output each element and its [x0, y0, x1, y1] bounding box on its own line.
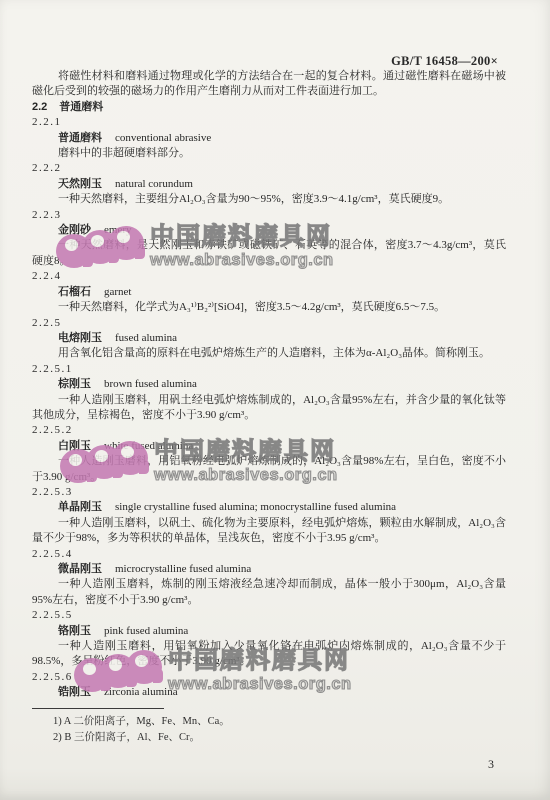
term-line: 锆刚玉zirconia alumina — [32, 685, 506, 700]
clause-number: 2.2.5.2 — [32, 423, 506, 438]
clause-number: 2.2.2 — [32, 161, 506, 176]
definition: 一种人造刚玉磨料，用铝氧粉加入少量氧化铬在电弧炉内熔炼制成的，Al₂O₃含量不少… — [32, 639, 506, 670]
term-line: 单晶刚玉single crystalline fused alumina; mo… — [32, 500, 506, 515]
term-english: natural corundum — [115, 178, 193, 190]
clause-number: 2.2.5.3 — [32, 485, 506, 500]
intro-paragraph: 将磁性材料和磨料通过物理或化学的方法结合在一起的复合材料。通过磁性磨料在磁场中被… — [32, 69, 506, 100]
definition: 磨料中的非超硬磨料部分。 — [32, 146, 506, 161]
term-english: microcrystalline fused alumina — [115, 563, 251, 575]
term-chinese: 棕刚玉 — [58, 378, 91, 390]
term-chinese: 铬刚玉 — [58, 625, 91, 637]
footnotes-block: 1) A 二价阳离子，Mg、Fe、Mn、Ca。 2) B 三价阳离子，Al、Fe… — [32, 708, 506, 747]
term-chinese: 普通磨料 — [58, 132, 102, 144]
clause-2-2-5-5: 2.2.5.5 铬刚玉pink fused alumina 一种人造刚玉磨料，用… — [32, 608, 506, 670]
definition: 用含氧化铝含量高的原料在电弧炉熔炼生产的人造磨料，主体为α-Al₂O₃晶体。简称… — [32, 346, 506, 361]
term-chinese: 单晶刚玉 — [58, 501, 102, 513]
clause-2-2-3: 2.2.3 金刚砂emery 一种天然磨料，是天然刚玉和赤铁矿或磁铁矿、石英等的… — [32, 208, 506, 270]
term-line: 石榴石garnet — [32, 285, 506, 300]
clause-2-2-5-1: 2.2.5.1 棕刚玉brown fused alumina 一种人造刚玉磨料，… — [32, 362, 506, 424]
term-english: pink fused alumina — [104, 625, 188, 637]
clause-number: 2.2.5.4 — [32, 547, 506, 562]
term-english: emery — [104, 224, 131, 236]
term-chinese: 锆刚玉 — [58, 686, 91, 698]
term-english: brown fused alumina — [104, 378, 197, 390]
term-line: 电熔刚玉fused alumina — [32, 331, 506, 346]
definition: 一种天然磨料，主要组分Al₂O₃含量为90～95%，密度3.9～4.1g/cm³… — [32, 192, 506, 207]
clause-2-2-5-4: 2.2.5.4 微晶刚玉microcrystalline fused alumi… — [32, 547, 506, 609]
term-english: fused alumina — [115, 332, 177, 344]
clause-2-2-4: 2.2.4 石榴石garnet 一种天然磨料，化学式为A₃¹⁾B₂²⁾[SiO4… — [32, 269, 506, 315]
footnote-separator — [32, 708, 164, 709]
term-line: 铬刚玉pink fused alumina — [32, 624, 506, 639]
definition: 一种天然磨料，是天然刚玉和赤铁矿或磁铁矿、石英等的混合体，密度3.7～4.3g/… — [32, 238, 506, 269]
term-english: conventional abrasive — [115, 132, 211, 144]
clause-2-2-1: 2.2.1 普通磨料conventional abrasive 磨料中的非超硬磨… — [32, 115, 506, 161]
footnote-2: 2) B 三价阳离子，Al、Fe、Cr。 — [32, 730, 506, 747]
definition: 一种人造刚玉磨料，以矾土、硫化物为主要原料，经电弧炉熔炼，颗粒由水解制成，Al₂… — [32, 516, 506, 547]
definition: 一种人造刚玉磨料，炼制的刚玉熔液经急速冷却而制成，晶体一般小于300μm，Al₂… — [32, 577, 506, 608]
document-body: 将磁性材料和磨料通过物理或化学的方法结合在一起的复合材料。通过磁性磨料在磁场中被… — [32, 69, 506, 747]
term-line: 金刚砂emery — [32, 223, 506, 238]
definition: 一种天然磨料，化学式为A₃¹⁾B₂²⁾[SiO4]，密度3.5～4.2g/cm³… — [32, 300, 506, 315]
term-chinese: 天然刚玉 — [58, 178, 102, 190]
clause-number: 2.2.5.5 — [32, 608, 506, 623]
clause-2-2-2: 2.2.2 天然刚玉natural corundum 一种天然磨料，主要组分Al… — [32, 161, 506, 207]
section-number: 2.2 — [32, 101, 47, 113]
term-line: 天然刚玉natural corundum — [32, 177, 506, 192]
section-heading: 2.2普通磨料 — [32, 100, 506, 115]
standard-number: GB/T 16458—200× — [0, 54, 498, 69]
clause-number: 2.2.5.1 — [32, 362, 506, 377]
term-english: white fused alumina — [104, 440, 193, 452]
document-page: GB/T 16458—200× 将磁性材料和磨料通过物理或化学的方法结合在一起的… — [0, 0, 550, 800]
definition: 一种人造刚玉磨料，用铝氧粉经电弧炉熔炼制成的，Al₂O₃含量98%左右，呈白色，… — [32, 454, 506, 485]
clause-2-2-5-2: 2.2.5.2 白刚玉white fused alumina 一种人造刚玉磨料，… — [32, 423, 506, 485]
term-line: 棕刚玉brown fused alumina — [32, 377, 506, 392]
clause-2-2-5-6: 2.2.5.6 锆刚玉zirconia alumina — [32, 670, 506, 701]
clause-2-2-5: 2.2.5 电熔刚玉fused alumina 用含氧化铝含量高的原料在电弧炉熔… — [32, 316, 506, 362]
term-english: zirconia alumina — [104, 686, 178, 698]
term-english: garnet — [104, 286, 131, 298]
term-chinese: 电熔刚玉 — [58, 332, 102, 344]
clause-number: 2.2.1 — [32, 115, 506, 130]
clause-number: 2.2.5.6 — [32, 670, 506, 685]
clause-number: 2.2.3 — [32, 208, 506, 223]
section-title: 普通磨料 — [59, 101, 103, 113]
clause-2-2-5-3: 2.2.5.3 单晶刚玉single crystalline fused alu… — [32, 485, 506, 547]
clause-number: 2.2.5 — [32, 316, 506, 331]
term-english: single crystalline fused alumina; monocr… — [115, 501, 396, 513]
term-chinese: 白刚玉 — [58, 440, 91, 452]
term-chinese: 金刚砂 — [58, 224, 91, 236]
definition: 一种人造刚玉磨料，用矾土经电弧炉熔炼制成的，Al₂O₃含量95%左右，并含少量的… — [32, 393, 506, 424]
page-number: 3 — [488, 757, 494, 772]
term-line: 普通磨料conventional abrasive — [32, 131, 506, 146]
term-line: 白刚玉white fused alumina — [32, 439, 506, 454]
footnote-1: 1) A 二价阳离子，Mg、Fe、Mn、Ca。 — [32, 714, 506, 731]
term-line: 微晶刚玉microcrystalline fused alumina — [32, 562, 506, 577]
term-chinese: 微晶刚玉 — [58, 563, 102, 575]
clause-number: 2.2.4 — [32, 269, 506, 284]
term-chinese: 石榴石 — [58, 286, 91, 298]
